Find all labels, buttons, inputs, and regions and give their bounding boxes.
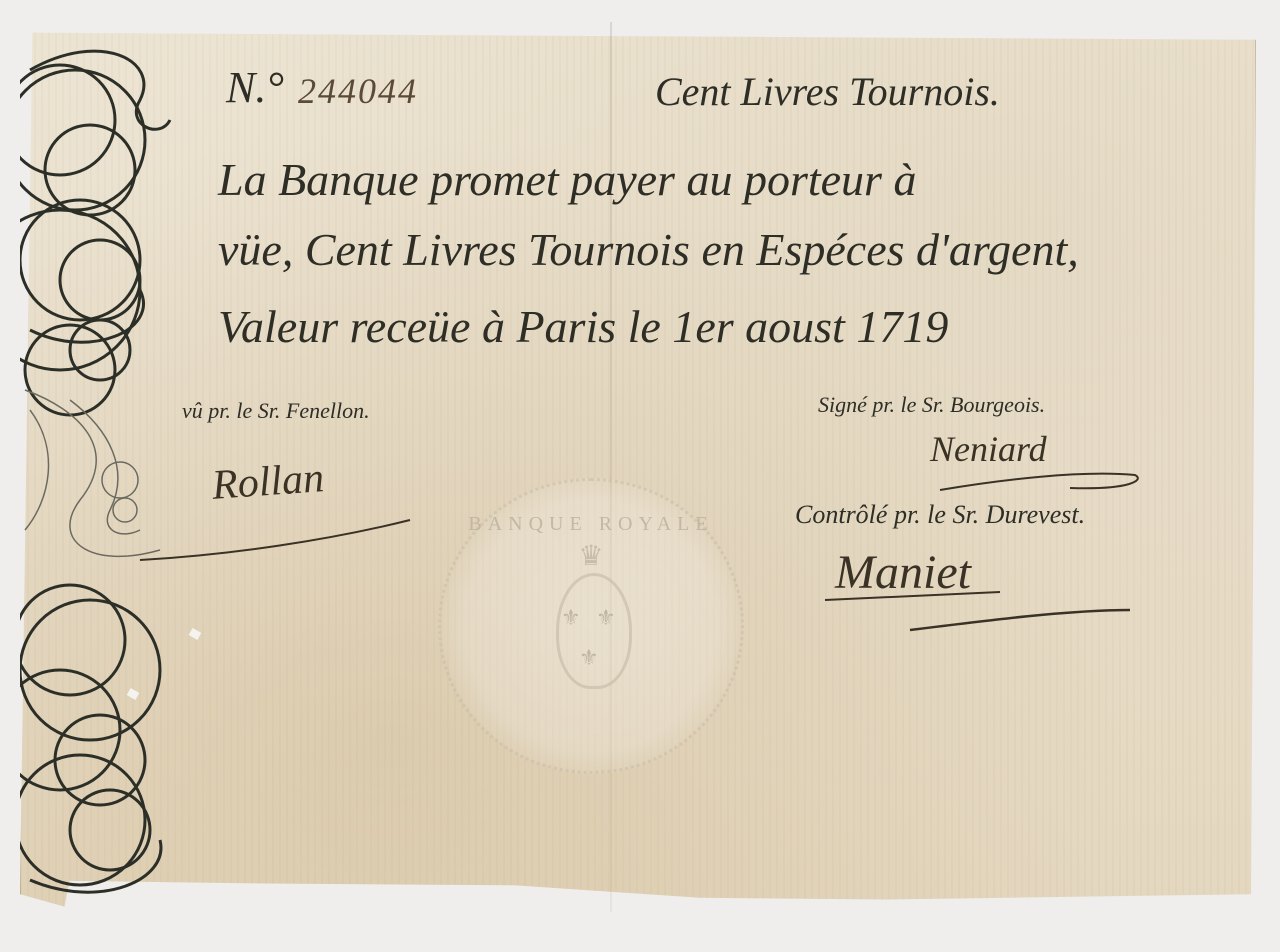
vu-line: vû pr. le Sr. Fenellon. [182, 398, 370, 424]
seal-text: BANQUE ROYALE [441, 513, 741, 536]
fleur-de-lis-icon: ⚜ [596, 606, 616, 631]
calligraphic-border-flourish-icon [20, 30, 195, 910]
serial-label: N.° [226, 62, 284, 113]
crown-icon: ♛ [441, 539, 741, 572]
serial-number: 244044 [298, 70, 418, 112]
signature-underline-flourish-icon [130, 500, 430, 580]
fleur-de-lis-icon: ⚜ [579, 646, 599, 671]
body-line-1: La Banque promet payer au porteur à [218, 153, 916, 206]
body-line-3: Valeur receüe à Paris le 1er aoust 1719 [218, 300, 948, 353]
signe-line: Signé pr. le Sr. Bourgeois. [818, 392, 1045, 418]
fleur-de-lis-icon: ⚜ [561, 606, 581, 631]
embossed-seal: BANQUE ROYALE ♛ ⚜ ⚜ ⚜ [438, 478, 744, 774]
signature-underline-flourish-icon [920, 460, 1150, 500]
denomination-heading: Cent Livres Tournois. [655, 68, 1000, 115]
signature-underline-flourish-icon [820, 580, 1140, 640]
body-line-2: vüe, Cent Livres Tournois en Espéces d'a… [218, 223, 1079, 276]
shield-icon [556, 573, 632, 689]
controle-line: Contrôlé pr. le Sr. Durevest. [795, 500, 1085, 530]
